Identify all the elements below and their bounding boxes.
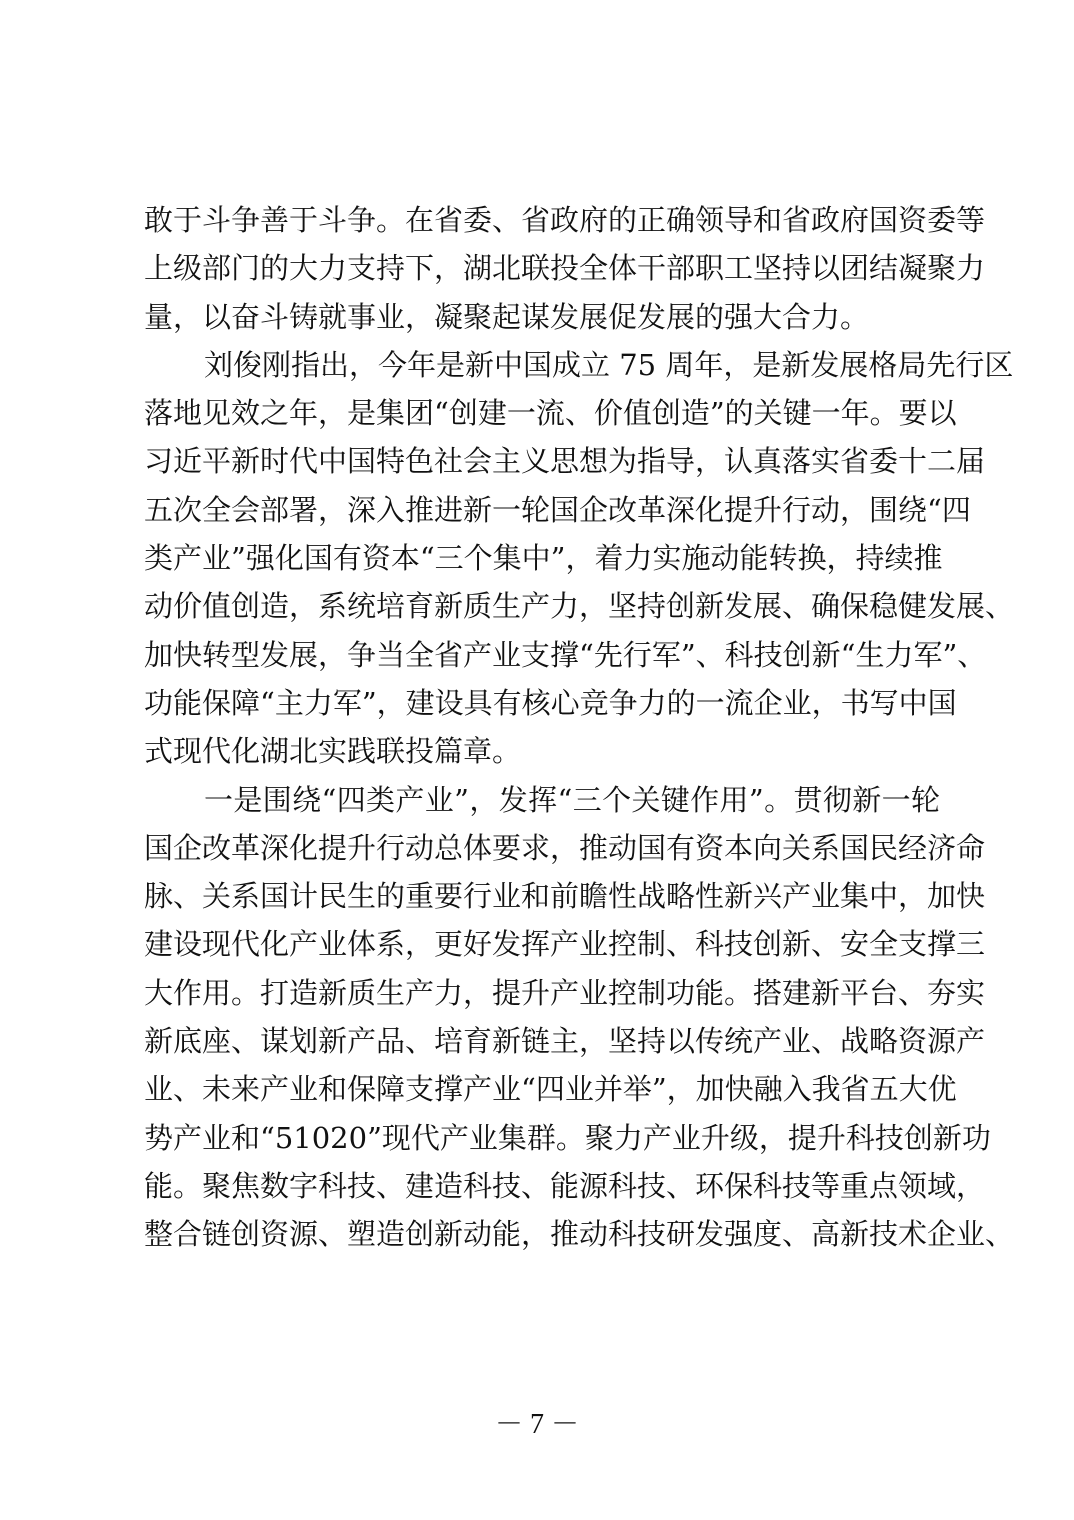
text-line: 一是围绕“四类产业”，发挥“三个关键作用”。贯彻新一轮 (144, 776, 940, 824)
text-line: 刘俊刚指出，今年是新中国成立 75 周年，是新发展格局先行区 (144, 341, 940, 389)
text-line: 动价值创造，系统培育新质生产力，坚持创新发展、确保稳健发展、 (144, 582, 940, 630)
body-text: 敢于斗争善于斗争。在省委、省政府的正确领导和省政府国资委等 上级部门的大力支持下… (144, 196, 940, 1259)
text-line: 式现代化湖北实践联投篇章。 (144, 727, 940, 775)
text-line: 加快转型发展，争当全省产业支撑“先行军”、科技创新“生力军”、 (144, 631, 940, 679)
text-line: 新底座、谋划新产品、培育新链主，坚持以传统产业、战略资源产 (144, 1017, 940, 1065)
text-line: 建设现代化产业体系，更好发挥产业控制、科技创新、安全支撑三 (144, 920, 940, 968)
text-line: 能。聚焦数字科技、建造科技、能源科技、环保科技等重点领域， (144, 1162, 940, 1210)
text-line: 量，以奋斗铸就事业，凝聚起谋发展促发展的强大合力。 (144, 293, 940, 341)
text-line: 国企改革深化提升行动总体要求，推动国有资本向关系国民经济命 (144, 824, 940, 872)
text-line: 势产业和“51020”现代产业集群。聚力产业升级，提升科技创新功 (144, 1114, 940, 1162)
document-page: 敢于斗争善于斗争。在省委、省政府的正确领导和省政府国资委等 上级部门的大力支持下… (0, 0, 1074, 1520)
text-line: 脉、关系国计民生的重要行业和前瞻性战略性新兴产业集中，加快 (144, 872, 940, 920)
text-line: 功能保障“主力军”，建设具有核心竞争力的一流企业，书写中国 (144, 679, 940, 727)
text-line: 上级部门的大力支持下，湖北联投全体干部职工坚持以团结凝聚力 (144, 244, 940, 292)
text-line: 五次全会部署，深入推进新一轮国企改革深化提升行动，围绕“四 (144, 486, 940, 534)
text-line: 类产业”强化国有资本“三个集中”，着力实施动能转换，持续推 (144, 534, 940, 582)
text-line: 敢于斗争善于斗争。在省委、省政府的正确领导和省政府国资委等 (144, 196, 940, 244)
text-line: 习近平新时代中国特色社会主义思想为指导，认真落实省委十二届 (144, 437, 940, 485)
page-number: － 7 － (0, 1402, 1074, 1442)
text-line: 大作用。打造新质生产力，提升产业控制功能。搭建新平台、夯实 (144, 969, 940, 1017)
text-line: 落地见效之年，是集团“创建一流、价值创造”的关键一年。要以 (144, 389, 940, 437)
text-line: 业、未来产业和保障支撑产业“四业并举”，加快融入我省五大优 (144, 1065, 940, 1113)
text-line: 整合链创资源、塑造创新动能，推动科技研发强度、高新技术企业、 (144, 1210, 940, 1258)
